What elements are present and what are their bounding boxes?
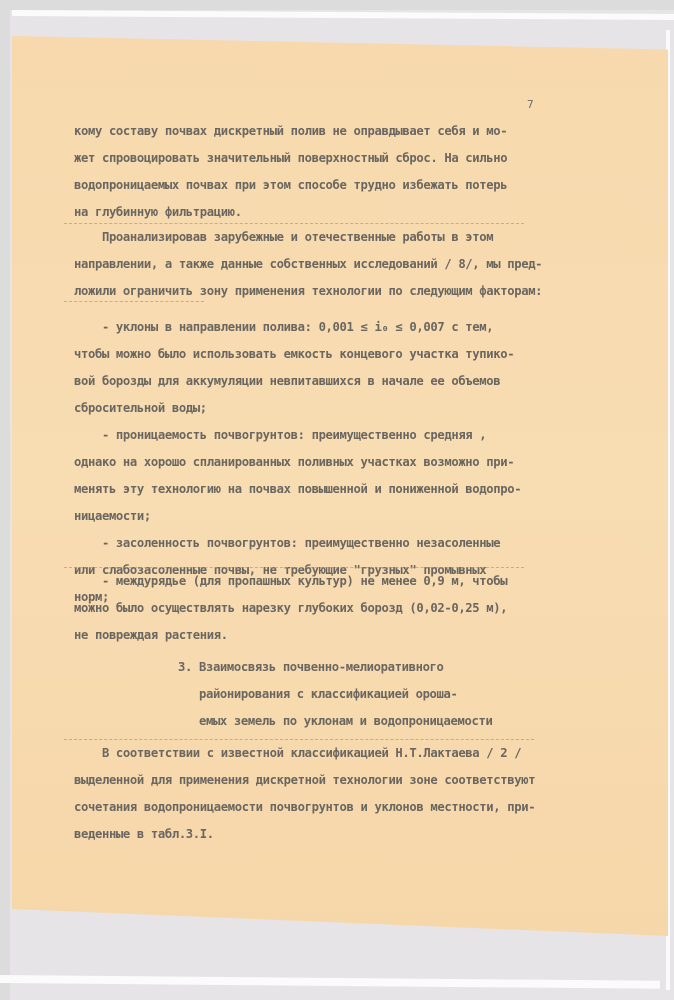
text-line: В соответствии с известной классификацие… bbox=[74, 746, 521, 760]
section-heading: 3. Взаимосвязь почвенно-мелиоративного bbox=[178, 660, 444, 674]
section-heading: районирования с классификацией ороша- bbox=[178, 687, 458, 701]
list-item-line: - междурядье (для пропашных культур) не … bbox=[74, 574, 507, 588]
list-item-line: можно было осуществлять нарезку глубоких… bbox=[74, 601, 507, 615]
list-item-line: чтобы можно было использовать емкость ко… bbox=[74, 347, 514, 361]
text-line: на глубинную фильтрацию. bbox=[74, 205, 242, 219]
list-item-line: - засоленность почвогрунтов: преимуществ… bbox=[74, 536, 500, 550]
scan-artifact-line bbox=[64, 301, 204, 302]
text-line: жет спровоцировать значительный поверхно… bbox=[74, 151, 507, 165]
scan-artifact-line bbox=[64, 223, 524, 224]
text-line: водопроницаемых почвах при этом способе … bbox=[74, 178, 507, 192]
text-line: кому составу почвах дискретный полив не … bbox=[74, 124, 507, 138]
text-line: веденные в табл.3.I. bbox=[74, 827, 214, 841]
text-line: выделенной для применения дискретной тех… bbox=[74, 773, 535, 787]
scan-artifact-line bbox=[64, 739, 534, 740]
text-line: сочетания водопроницаемости почвогрунтов… bbox=[74, 800, 535, 814]
list-item-line: менять эту технологию на почвах повышенн… bbox=[74, 482, 521, 496]
text-line: ложили ограничить зону применения технол… bbox=[74, 284, 542, 298]
text-line: направлении, а также данные собственных … bbox=[74, 257, 542, 271]
list-item-line: - уклоны в направлении полива: 0,001 ≤ i… bbox=[74, 320, 493, 334]
list-item-line: сбросительной воды; bbox=[74, 401, 207, 415]
list-item-line: ницаемости; bbox=[74, 509, 151, 523]
text-line: Проанализировав зарубежные и отечественн… bbox=[74, 230, 493, 244]
list-item-line: однако на хорошо спланированных поливных… bbox=[74, 455, 514, 469]
page-number: 7 bbox=[527, 98, 534, 111]
scan-artifact-line bbox=[64, 567, 524, 568]
list-item-line: - проницаемость почвогрунтов: преимущест… bbox=[74, 428, 486, 442]
list-item-line: вой борозды для аккумуляции невпитавшихс… bbox=[74, 374, 500, 388]
list-item-line: не повреждая растения. bbox=[74, 628, 228, 642]
section-heading: емых земель по уклонам и водопроницаемос… bbox=[178, 714, 492, 728]
